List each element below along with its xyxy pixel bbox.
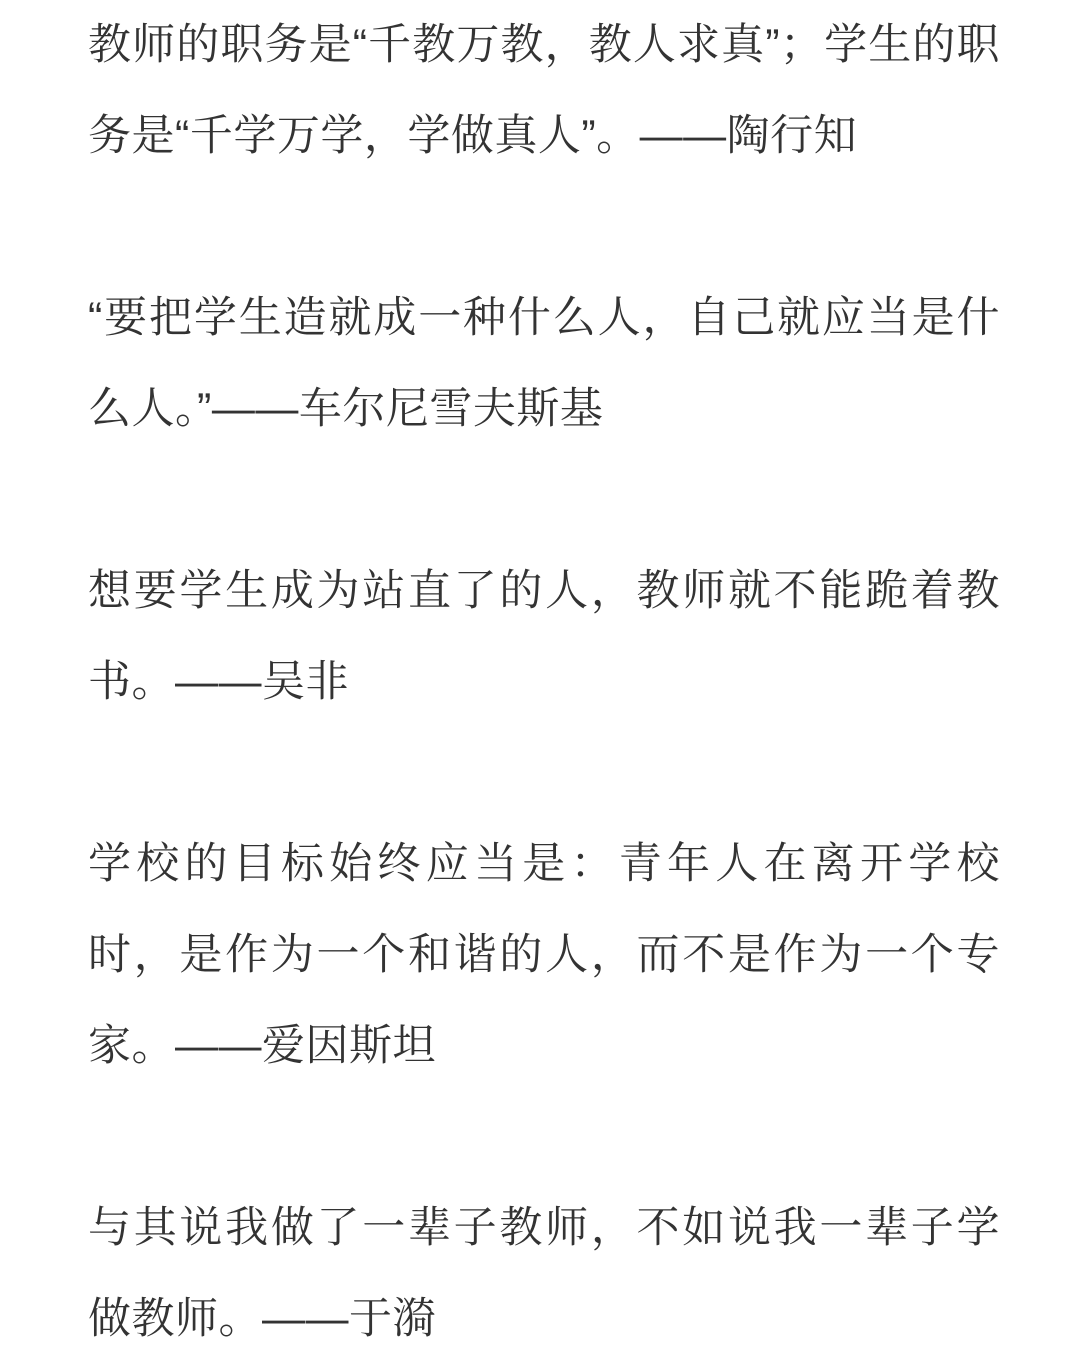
quote-paragraph-tao-xingzhi: 教师的职务是“千教万教，教人求真”；学生的职务是“千学万学，学做真人”。——陶行…	[88, 0, 1000, 182]
quote-paragraph-wu-fei: 想要学生成为站直了的人，教师就不能跪着教书。——吴非	[88, 546, 1000, 728]
document-page: 教师的职务是“千教万教，教人求真”；学生的职务是“千学万学，学做真人”。——陶行…	[0, 0, 1080, 1360]
quote-paragraph-einstein: 学校的目标始终应当是：青年人在离开学校时，是作为一个和谐的人，而不是作为一个专家…	[88, 819, 1000, 1092]
quote-paragraph-yu-yi: 与其说我做了一辈子教师，不如说我一辈子学做教师。——于漪	[88, 1183, 1000, 1360]
quote-paragraph-chernyshevsky: “要把学生造就成一种什么人，自己就应当是什么人。”——车尔尼雪夫斯基	[88, 273, 1000, 455]
article-body: 教师的职务是“千教万教，教人求真”；学生的职务是“千学万学，学做真人”。——陶行…	[88, 0, 1000, 1360]
